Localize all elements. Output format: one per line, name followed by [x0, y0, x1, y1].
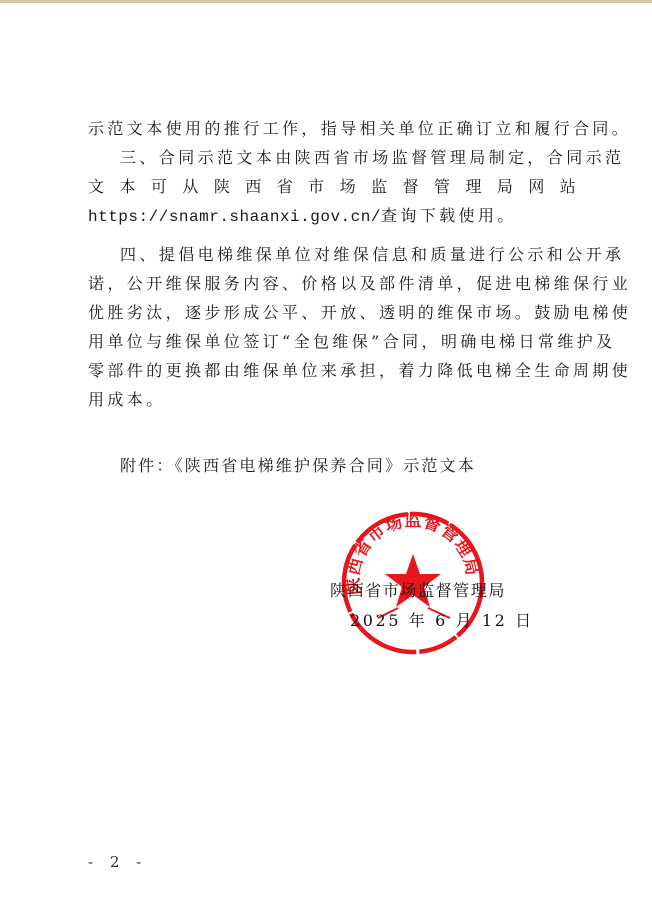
- char: 场: [340, 176, 356, 198]
- attachment-reference: 附件：《陕西省电梯维护保养合同》示范文本: [120, 455, 476, 477]
- char: 西: [245, 176, 261, 198]
- paragraph-line-spread: 文 本 可 从 陕 西 省 市 场 监 督 管 理 局 网 站: [88, 176, 576, 198]
- char: 管: [434, 176, 450, 198]
- char: 局: [497, 176, 513, 198]
- issue-date: 2025 年 6 月 12 日: [350, 610, 534, 632]
- document-page: 示范文本使用的推行工作，指导相关单位正确订立和履行合同。 三、合同示范文本由陕西…: [0, 0, 652, 922]
- char: 监: [371, 176, 387, 198]
- char: 站: [560, 176, 576, 198]
- url-suffix-text: 查询下载使用。: [381, 206, 517, 225]
- char: 本: [119, 176, 135, 198]
- paragraph-line: 三、合同示范文本由陕西省市场监督管理局制定，合同示范: [120, 147, 576, 169]
- char: 文: [88, 176, 104, 198]
- website-url[interactable]: https://snamr.shaanxi.gov.cn/: [88, 208, 381, 226]
- paragraph-line: 优胜劣汰，逐步形成公平、开放、透明的维保市场。鼓励电梯使: [88, 302, 576, 324]
- char: 省: [277, 176, 293, 198]
- issuer-name: 陕西省市场监督管理局: [330, 580, 506, 602]
- char: 陕: [214, 176, 230, 198]
- char: 可: [151, 176, 167, 198]
- paragraph-line: 用成本。: [88, 389, 576, 411]
- paragraph-line: 示范文本使用的推行工作，指导相关单位正确订立和履行合同。: [88, 118, 576, 140]
- char: 从: [182, 176, 198, 198]
- char: 督: [403, 176, 419, 198]
- paragraph-line: 诺，公开维保服务内容、价格以及部件清单，促进电梯维保行业: [88, 273, 576, 295]
- char: 网: [528, 176, 544, 198]
- paragraph-line: 用单位与维保单位签订“全包维保”合同，明确电梯日常维护及: [88, 331, 576, 353]
- paragraph-line: 零部件的更换都由维保单位来承担，着力降低电梯全生命周期使: [88, 360, 576, 382]
- paragraph-line-url: https://snamr.shaanxi.gov.cn/查询下载使用。: [88, 205, 576, 228]
- paragraph-line: 四、提倡电梯维保单位对维保信息和质量进行公示和公开承: [120, 244, 576, 266]
- char: 理: [465, 176, 481, 198]
- char: 市: [308, 176, 324, 198]
- page-number: - 2 -: [88, 852, 147, 872]
